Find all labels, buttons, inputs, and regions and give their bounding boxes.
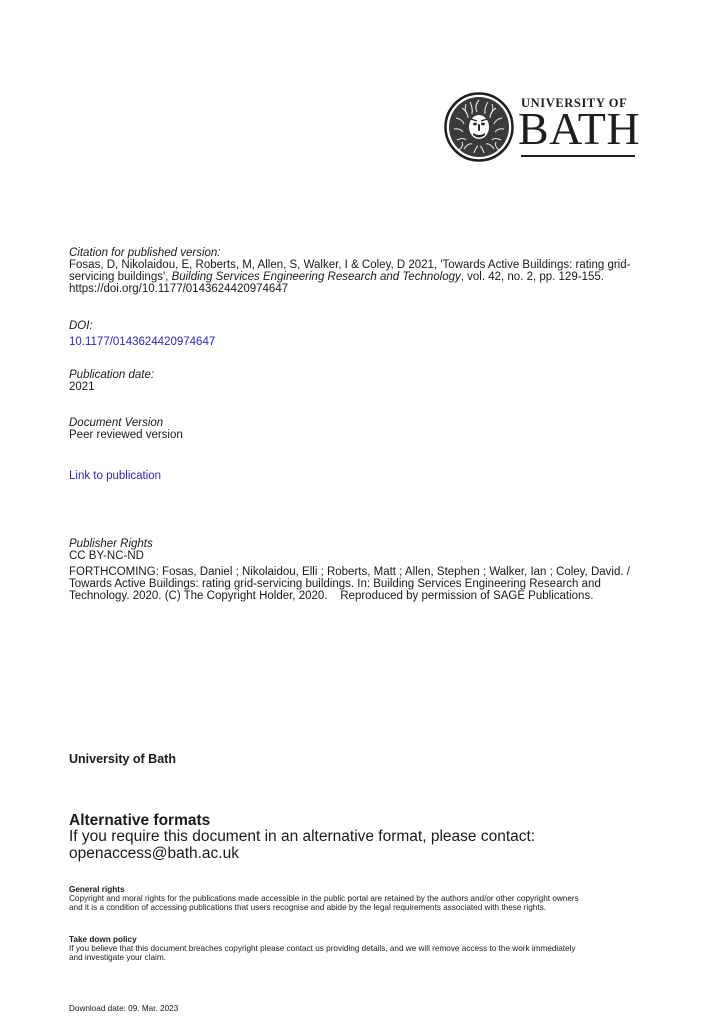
publication-date-label: Publication date: <box>69 369 154 381</box>
publisher-rights-label: Publisher Rights <box>69 538 630 550</box>
publisher-rights-section: Publisher Rights CC BY-NC-ND FORTHCOMING… <box>69 538 630 602</box>
publisher-rights-license: CC BY-NC-ND <box>69 550 630 562</box>
doi-link[interactable]: 10.1177/0143624420974647 <box>69 336 215 348</box>
institution-section: University of Bath <box>69 752 176 766</box>
link-to-publication-section: Link to publication <box>69 466 161 484</box>
document-version-value: Peer reviewed version <box>69 429 183 441</box>
alternative-formats-title: Alternative formats <box>69 813 535 829</box>
citation-line-1: Fosas, D, Nikolaidou, E, Roberts, M, All… <box>69 259 630 271</box>
citation-label: Citation for published version: <box>69 247 630 259</box>
take-down-policy-line-2: and investigate your claim. <box>69 953 576 962</box>
alternative-formats-text: If you require this document in an alter… <box>69 829 535 846</box>
university-seal-icon <box>444 92 514 162</box>
citation-doi-url: https://doi.org/10.1177/0143624420974647 <box>69 283 630 295</box>
take-down-policy-line-1: If you believe that this document breach… <box>69 944 576 953</box>
citation-line-2: servicing buildings', Building Services … <box>69 271 630 283</box>
general-rights-title: General rights <box>69 885 579 894</box>
document-version-label: Document Version <box>69 417 183 429</box>
citation-journal: Building Services Engineering Research a… <box>172 271 461 283</box>
download-date: Download date: 09. Mar. 2023 <box>69 1004 178 1013</box>
university-logo: UNIVERSITY OF BATH <box>444 92 636 162</box>
logo-underline <box>521 155 635 157</box>
publication-date-section: Publication date: 2021 <box>69 369 154 393</box>
link-to-publication[interactable]: Link to publication <box>69 470 161 482</box>
take-down-policy-title: Take down policy <box>69 935 576 944</box>
general-rights-section: General rights Copyright and moral right… <box>69 885 579 912</box>
citation-line-2-pre: servicing buildings', <box>69 271 172 283</box>
doi-label: DOI: <box>69 320 215 332</box>
publisher-rights-line-1: FORTHCOMING: Fosas, Daniel ; Nikolaidou,… <box>69 566 630 578</box>
alternative-formats-email: openaccess@bath.ac.uk <box>69 846 535 863</box>
publisher-rights-line-3: Technology. 2020. (C) The Copyright Hold… <box>69 590 630 602</box>
doi-section: DOI: 10.1177/0143624420974647 <box>69 320 215 350</box>
citation-section: Citation for published version: Fosas, D… <box>69 247 630 295</box>
general-rights-line-1: Copyright and moral rights for the publi… <box>69 894 579 903</box>
publisher-rights-line-2: Towards Active Buildings: rating grid-se… <box>69 578 630 590</box>
logo-bath: BATH <box>518 106 640 152</box>
general-rights-line-2: and it is a condition of accessing publi… <box>69 903 579 912</box>
institution-name: University of Bath <box>69 752 176 766</box>
alternative-formats-section: Alternative formats If you require this … <box>69 813 535 862</box>
document-version-section: Document Version Peer reviewed version <box>69 417 183 441</box>
citation-line-2-post: , vol. 42, no. 2, pp. 129-155. <box>461 271 604 283</box>
take-down-policy-section: Take down policy If you believe that thi… <box>69 935 576 962</box>
publication-date-value: 2021 <box>69 381 154 393</box>
download-date-section: Download date: 09. Mar. 2023 <box>69 1004 178 1013</box>
